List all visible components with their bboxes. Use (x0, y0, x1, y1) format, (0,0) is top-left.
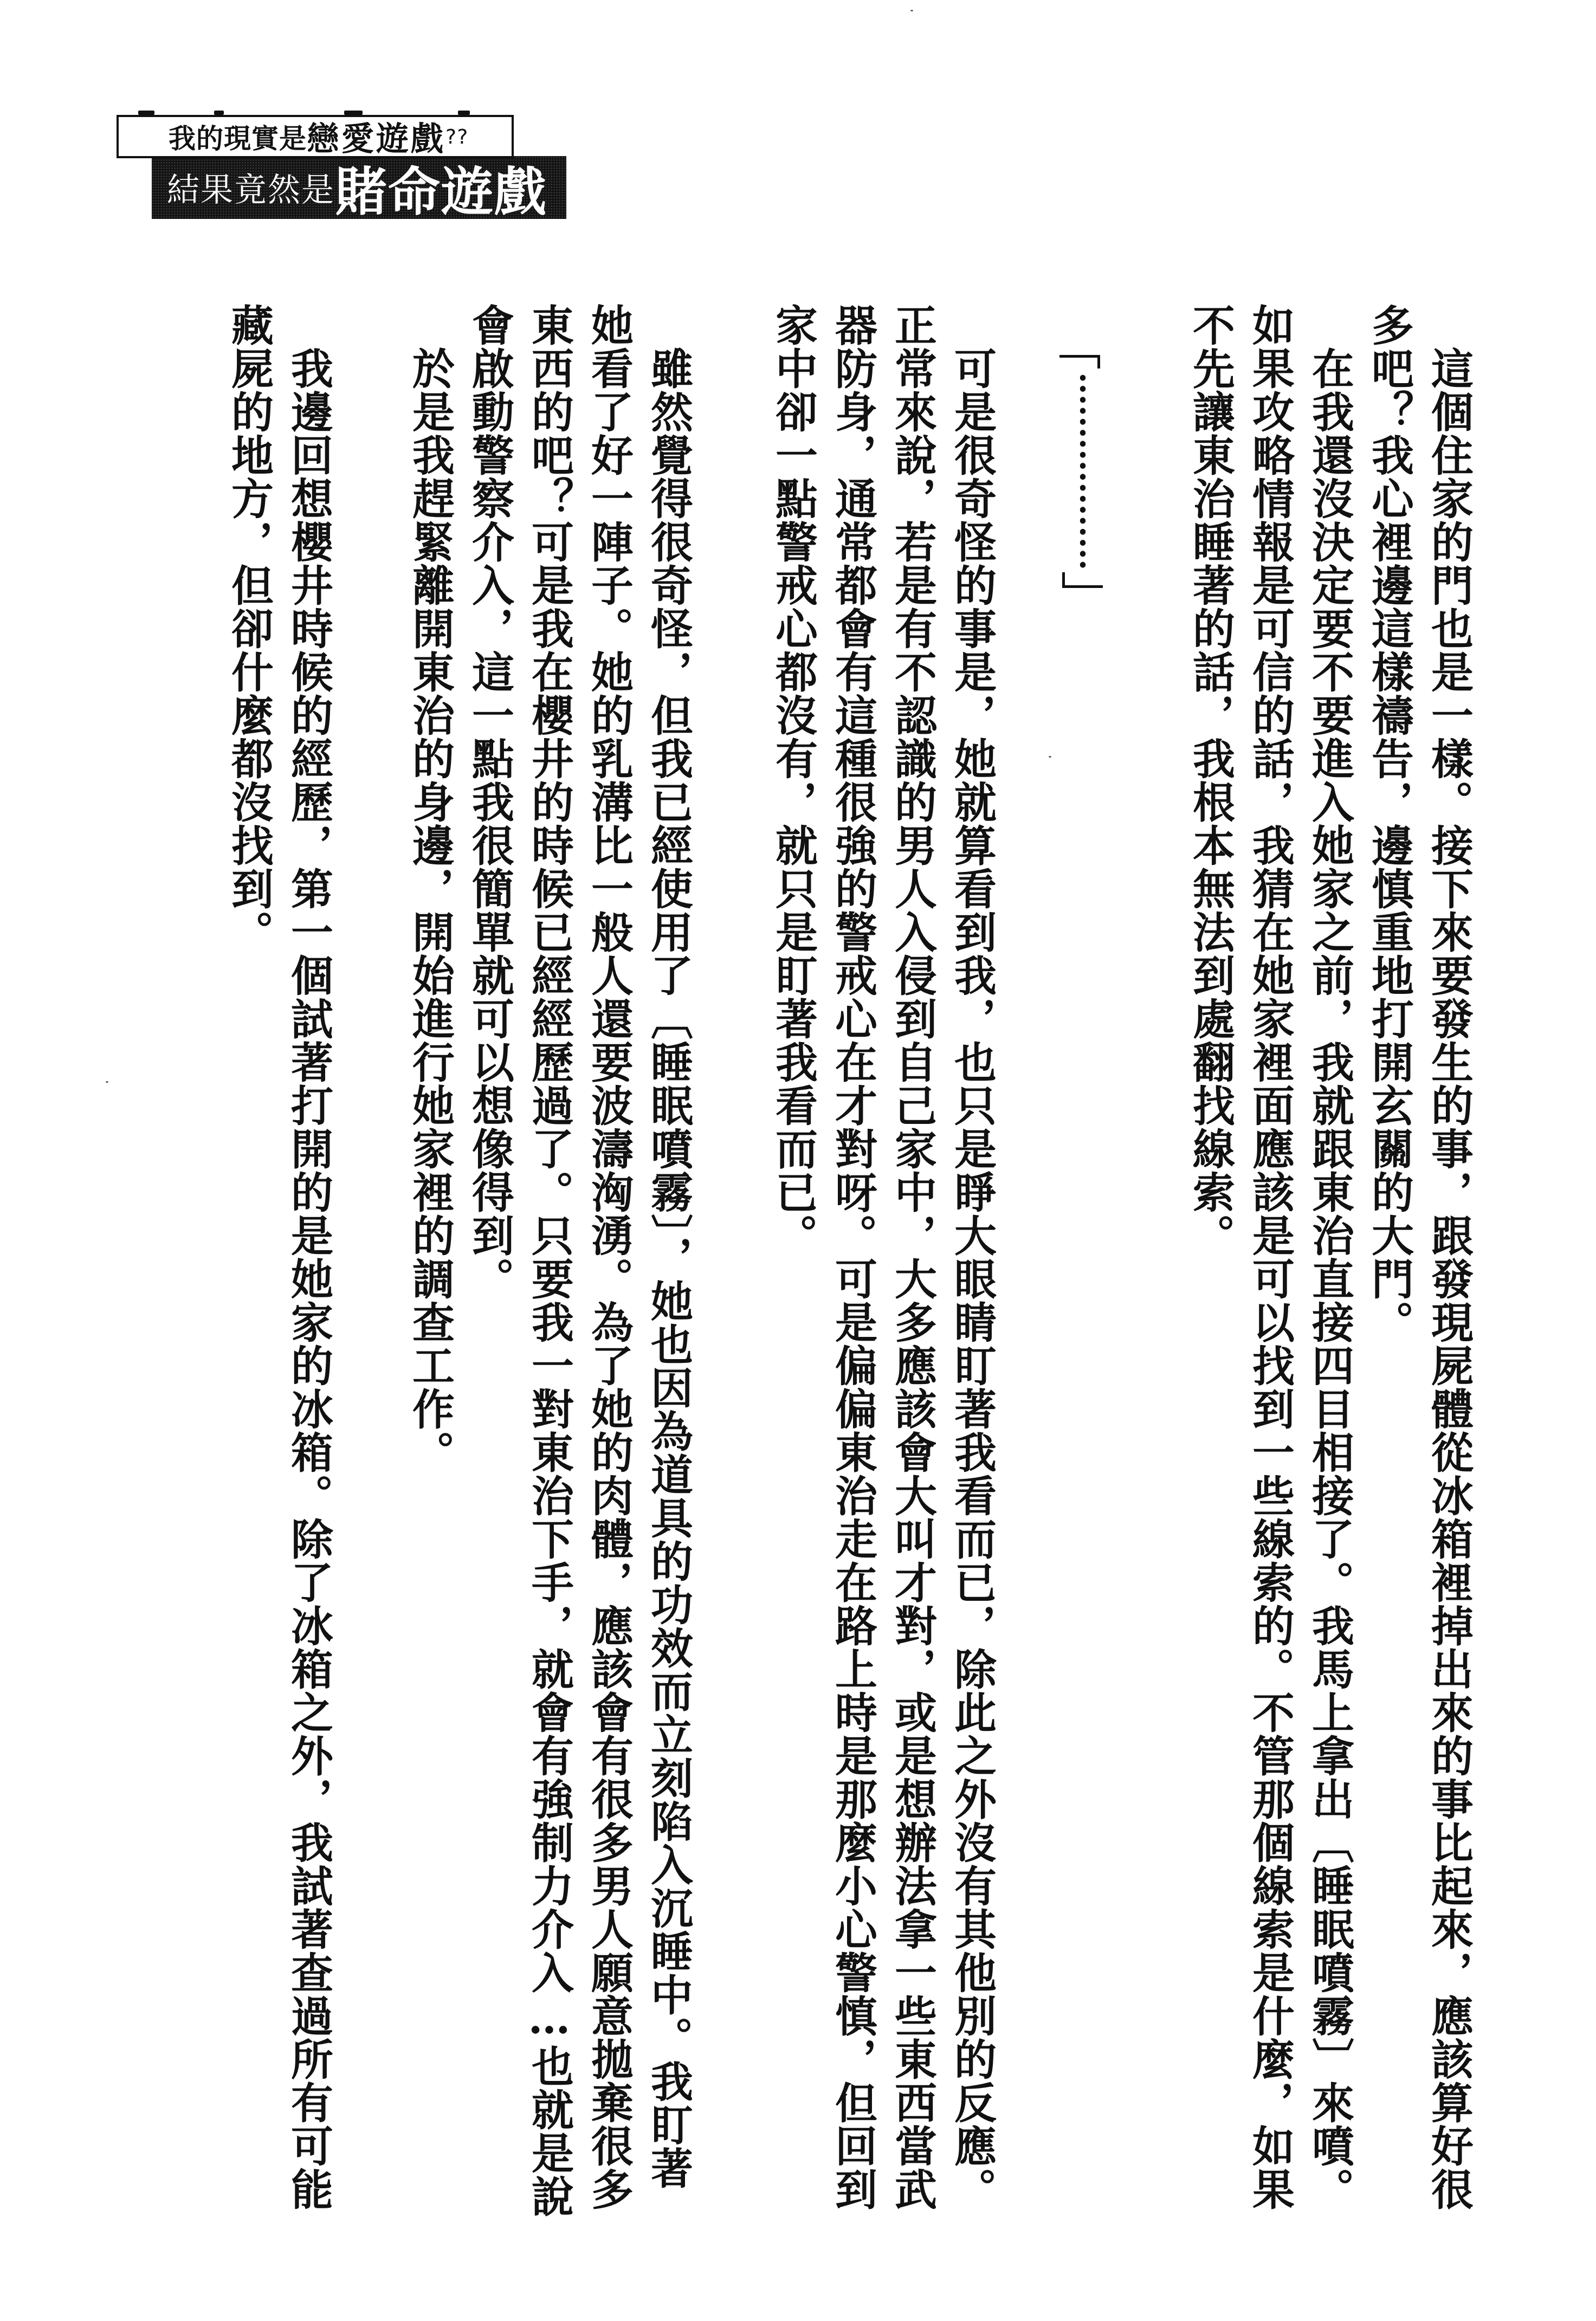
text-column: 不先讓東治睡著的話，我根本無法到處翻找線索。 (1183, 303, 1231, 1257)
header-frame-speckle (214, 111, 224, 115)
text-column: 藏屍的地方，但卻什麼都沒找到。 (221, 303, 270, 954)
header-line1-emphasis: 戀愛遊戲 (307, 113, 445, 160)
text-column: 可是很奇怪的事是，她就算看到我，也只是睜大眼睛盯著我看而已，除此之外沒有其他別的… (944, 303, 993, 2211)
scan-speck (910, 10, 913, 11)
text-column: 多吧？我心裡邊這樣禱告，邊慎重地打開玄關的大門。 (1361, 303, 1410, 1344)
header-frame-speckle (138, 111, 154, 115)
corner-bracket-open (1059, 355, 1100, 368)
scan-speck (1049, 756, 1051, 758)
scan-speck (106, 1081, 108, 1083)
text-column: 在我還沒決定要不要進入她家之前，我就跟東治直接四目相接了。我馬上拿出〔睡眠噴霧〕… (1302, 303, 1351, 2211)
text-column: 她看了好一陣子。她的乳溝比一般人還要波濤洶湧。為了她的肉體，應該會有很多男人願意… (581, 303, 630, 2211)
dialogue-ellipsis (1061, 355, 1104, 588)
text-column: 如果攻略情報是可信的話，我猜在她家裡面應該是可以找到一些線索的。不管那個線索是什… (1242, 303, 1291, 2211)
running-header: 我的現實是 戀愛遊戲 ?? 結果竟然是 賭命遊戲 (117, 115, 566, 219)
text-column: 這個住家的門也是一樣。接下來要發生的事，跟發現屍體從冰箱裡掉出來的事比起來，應該… (1421, 303, 1470, 2211)
header-title-line-2: 結果竟然是 賭命遊戲 (152, 156, 566, 219)
text-column: 於是我趕緊離開東治的身邊，開始進行她家裡的調查工作。 (402, 303, 451, 1474)
header-line1-plain: 我的現實是 (169, 117, 307, 156)
text-column: 東西的吧？可是我在櫻井的時候已經經歷過了。只要我一對東治下手，就會有強制力介入…… (521, 303, 570, 2218)
text-column: 會啟動警察介入，這一點我很簡單就可以想像得到。 (462, 303, 511, 1301)
header-line1-suffix: ?? (445, 125, 468, 148)
text-column: 雖然覺得很奇怪，但我已經使用了〔睡眠噴霧〕，她也因為道具的功效而立刻陷入沉睡中。… (641, 303, 689, 2190)
header-frame-speckle (458, 111, 470, 115)
header-line2-plain: 結果竟然是 (167, 164, 335, 211)
header-line2-emphasis: 賭命遊戲 (335, 151, 547, 225)
ellipsis-dots (1080, 372, 1086, 570)
text-column: 家中卻一點警戒心都沒有，就只是盯著我看而已。 (765, 303, 814, 1257)
text-column: 器防身，通常都會有這種很強的警戒心在才對呀。可是偏偏東治走在路上時是那麼小心警慎… (825, 303, 874, 2211)
text-column: 我邊回想櫻井時候的經歷，第一個試著打開的是她家的冰箱。除了冰箱之外，我試著查過所… (281, 303, 329, 2211)
header-title-line-1: 我的現實是 戀愛遊戲 ?? (117, 115, 514, 158)
text-column: 正常來說，若是有不認識的男人入侵到自己家中，大多應該會大叫才對，或是想辦法拿一些… (884, 303, 933, 2211)
corner-bracket-close (1062, 572, 1103, 588)
